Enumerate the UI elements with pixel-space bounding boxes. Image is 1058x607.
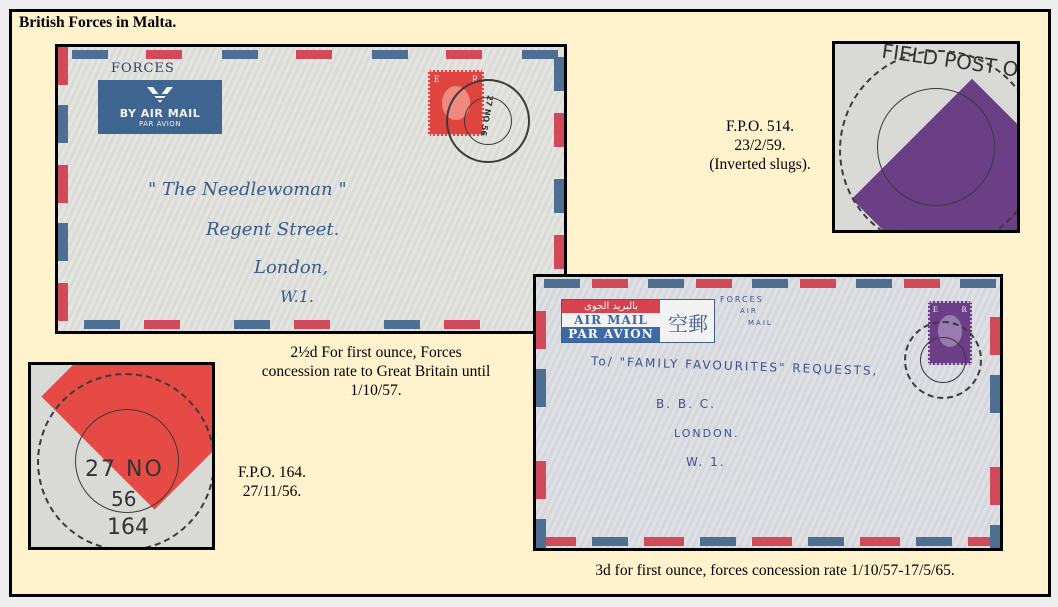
air-mail-text: AIR MAIL <box>562 313 660 327</box>
address-line-4: W. 1. <box>686 455 726 469</box>
airmail-border-right <box>990 277 1000 548</box>
detail-2-caption: F.P.O. 514. 23/2/59. (Inverted slugs). <box>690 117 830 174</box>
address-line-3: LONDON. <box>674 427 739 440</box>
stamp-letter-r: R <box>962 305 967 314</box>
postmark-detail-fpo-514: FIELD POST OFFICE <box>832 41 1020 233</box>
postmark-fpo-number: 164 <box>107 515 149 540</box>
cover-1-caption: 2½d For first ounce, Forces concession r… <box>228 343 524 400</box>
caption-line: 27/11/56. <box>222 482 322 501</box>
postmark-inner-ring <box>920 337 966 383</box>
air-mail-label: BY AIR MAIL PAR AVION <box>98 80 222 134</box>
caption-line: F.P.O. 514. <box>690 117 830 136</box>
caption-line: 2½d For first ounce, Forces <box>228 343 524 362</box>
caption-line: F.P.O. 164. <box>222 463 322 482</box>
forces-annotation-1: FORCES <box>720 295 764 304</box>
forces-annotation-3: MAIL <box>748 319 773 327</box>
airmail-border-bottom <box>58 320 564 329</box>
air-mail-text: BY AIR MAIL <box>98 107 222 120</box>
airmail-border-bottom <box>536 537 1000 546</box>
cover-1-envelope: FORCES BY AIR MAIL PAR AVION E R 27 NO 5… <box>55 44 567 334</box>
detail-1-caption: F.P.O. 164. 27/11/56. <box>222 463 322 501</box>
caption-line: 23/2/59. <box>690 136 830 155</box>
air-mail-label: بالبريد الجوى AIR MAIL PAR AVION 空郵 <box>561 299 715 343</box>
page-title: British Forces in Malta. <box>19 14 176 32</box>
airmail-border-left <box>58 47 68 331</box>
address-line-2: B. B. C. <box>656 397 716 411</box>
cover-2-envelope: بالبريد الجوى AIR MAIL PAR AVION 空郵 FORC… <box>533 274 1003 551</box>
airmail-border-top <box>536 279 1000 288</box>
caption-line: 1/10/57. <box>228 381 524 400</box>
arabic-airmail-text: بالبريد الجوى <box>562 300 660 313</box>
airmail-border-left <box>536 277 546 548</box>
postmark-field-post-office <box>904 321 982 399</box>
address-line-4: W.1. <box>280 287 314 306</box>
stamp-letter-e: E <box>933 305 938 314</box>
postmark-date-year: 56 <box>111 487 136 511</box>
postmark-fpo-164: 27 NO 56 <box>446 79 530 163</box>
stamp-letter-e: E <box>434 74 440 84</box>
postmark-inner-ring <box>877 88 995 206</box>
wings-icon <box>143 83 177 105</box>
address-line-2: Regent Street. <box>206 219 339 240</box>
caption-line: concession rate to Great Britain until <box>228 362 524 381</box>
forces-annotation: FORCES <box>111 61 175 76</box>
address-line-3: London, <box>254 257 328 278</box>
cover-2-caption: 3d for first ounce, forces concession ra… <box>540 561 1010 580</box>
address-line-1: " The Needlewoman " <box>148 179 347 200</box>
forces-annotation-2: AIR <box>740 307 758 315</box>
par-avion-text: PAR AVION <box>98 120 222 128</box>
airmail-border-top <box>58 50 564 59</box>
chinese-airmail-text: 空郵 <box>662 308 714 337</box>
postmark-detail-fpo-164: 27 NO 56 164 <box>28 362 215 550</box>
par-avion-text: PAR AVION <box>562 327 660 342</box>
postmark-date-day: 27 NO <box>85 457 164 482</box>
address-line-1: To/ "FAMILY FAVOURITES" REQUESTS, <box>591 354 879 378</box>
caption-line: (Inverted slugs). <box>690 155 830 174</box>
